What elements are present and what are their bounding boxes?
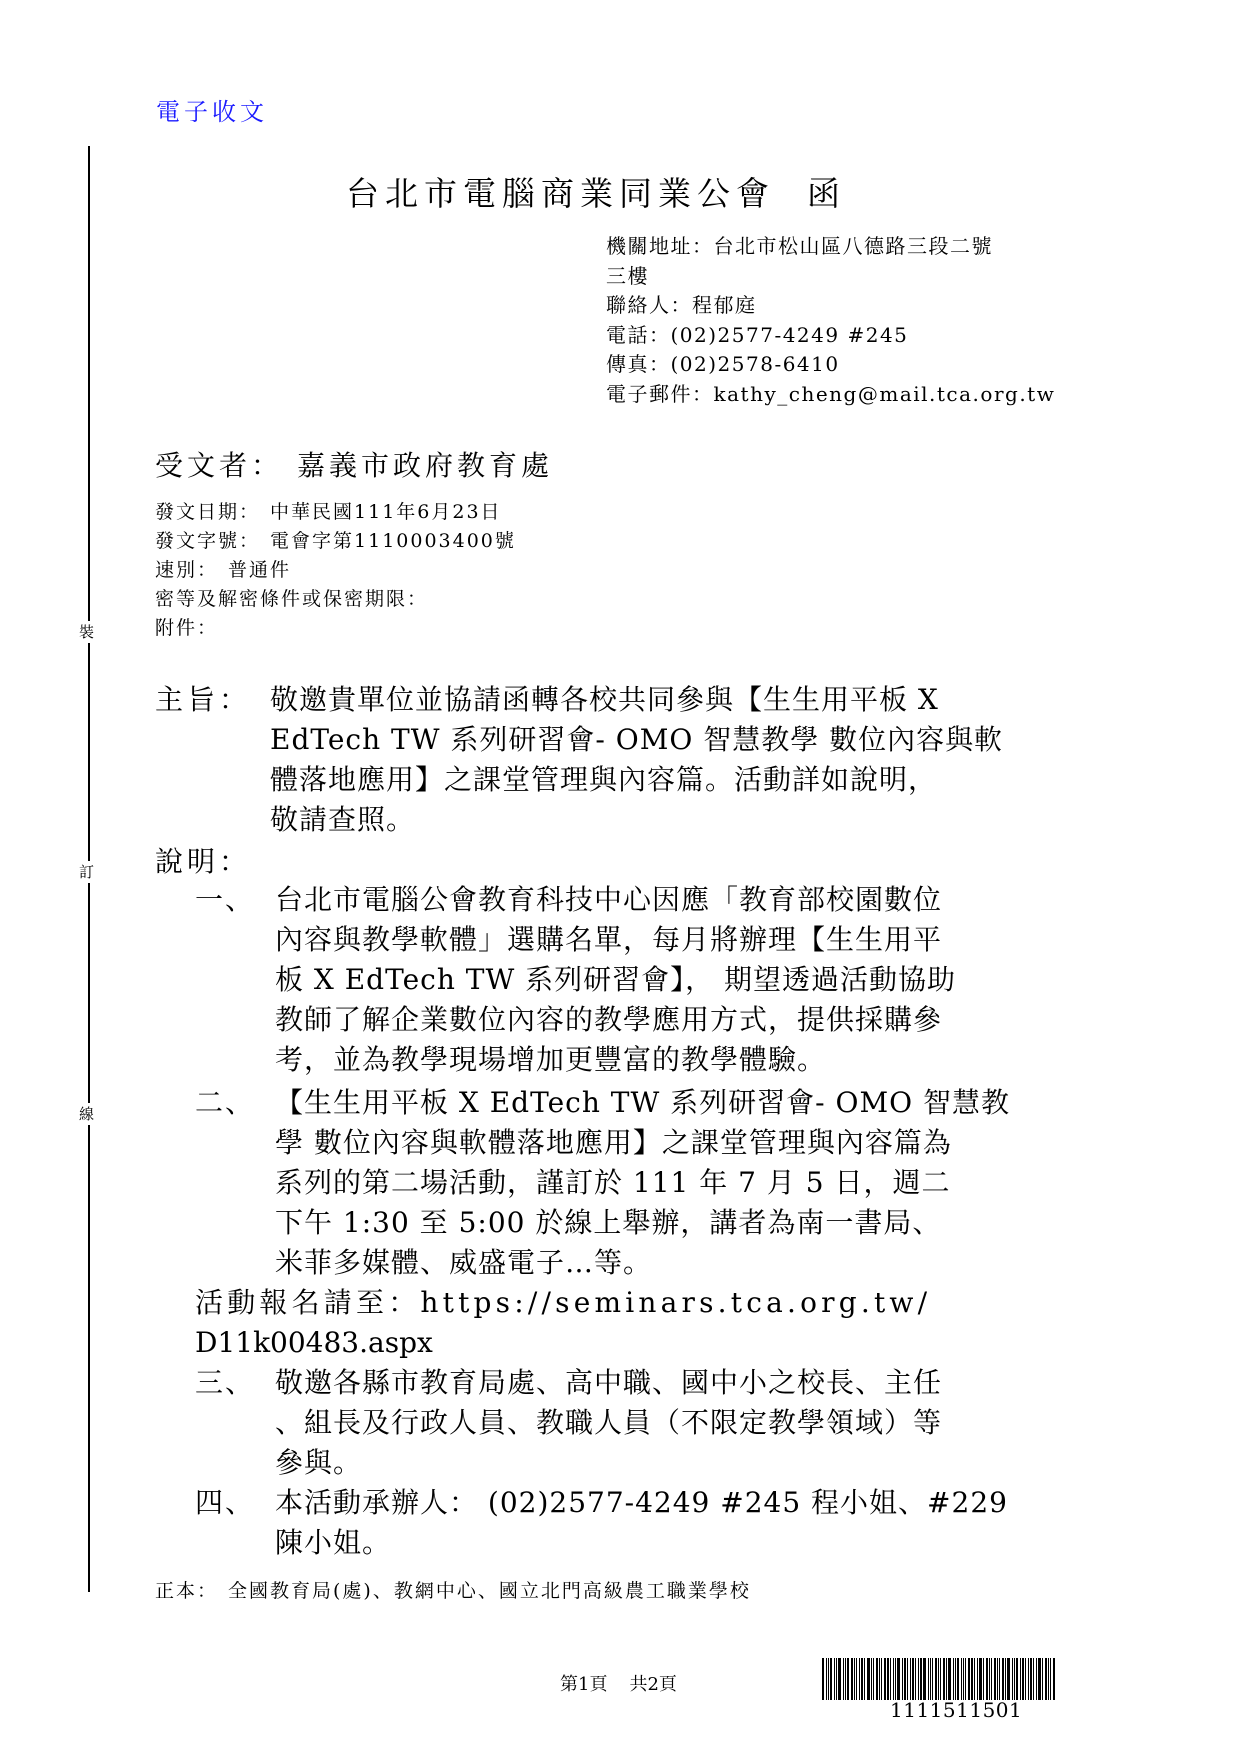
recipient-label: 受文者： — [155, 449, 283, 482]
barcode-bar — [920, 1658, 922, 1700]
barcode-bar — [948, 1658, 951, 1700]
barcode-bar — [910, 1658, 911, 1700]
subject-line: 體落地應用】之課堂管理與內容篇。活動詳如說明， — [270, 760, 1085, 800]
barcode-bar — [1050, 1658, 1051, 1700]
barcode-bar — [851, 1658, 853, 1700]
item-number: 二、 — [195, 1083, 255, 1123]
barcode-bar — [836, 1658, 837, 1700]
security-level: 密等及解密條件或保密期限： — [155, 585, 516, 614]
barcode-bar — [1016, 1658, 1018, 1700]
item-number: 四、 — [195, 1483, 255, 1523]
copies-value: 全國教育局(處)、教網中心、國立北門高級農工職業學校 — [228, 1580, 751, 1602]
current-page: 第1頁 — [560, 1674, 607, 1695]
barcode-bar — [935, 1658, 937, 1700]
barcode-bar — [946, 1658, 947, 1700]
barcode-bar — [923, 1658, 926, 1700]
barcode-bar — [977, 1658, 978, 1700]
item-line: 下午 1:30 至 5:00 於線上舉辦，講者為南一書局、 — [275, 1203, 1095, 1243]
barcode-bar — [912, 1658, 914, 1700]
item-line: 米菲多媒體、威盛電子…等。 — [275, 1243, 1095, 1283]
barcode-bar — [943, 1658, 945, 1700]
barcode-bar — [826, 1658, 827, 1700]
barcode-bar — [989, 1658, 990, 1700]
barcode-bar — [838, 1658, 841, 1700]
document-title: 台北市電腦商業同業公會函 — [346, 168, 846, 215]
item-number: 一、 — [195, 880, 255, 920]
barcode-bar — [861, 1658, 863, 1700]
item-line: 內容與教學軟體」選購名單，每月將辦理【生生用平 — [275, 920, 1095, 960]
copies-label: 正本： — [155, 1580, 218, 1602]
item-line: 板 X EdTech TW 系列研習會】， 期望透過活動協助 — [275, 960, 1095, 1000]
barcode-bar — [1048, 1658, 1049, 1700]
sender-email: 電子郵件：kathy_cheng@mail.tca.org.tw — [606, 380, 1055, 410]
page-indicator: 第1頁共2頁 — [560, 1670, 677, 1696]
item-line: 敬邀各縣市教育局處、高中職、國中小之校長、主任 — [275, 1363, 1095, 1403]
barcode-bar — [1028, 1658, 1029, 1700]
barcode-bar — [965, 1658, 966, 1700]
barcode-bar — [897, 1658, 900, 1700]
issue-date-value: 中華民國111年6月23日 — [270, 501, 502, 523]
barcode-bar — [867, 1658, 870, 1700]
copies: 正本：全國教育局(處)、教網中心、國立北門高級農工職業學校 — [155, 1576, 751, 1603]
barcode-bar — [986, 1658, 988, 1700]
barcode-bar — [864, 1658, 865, 1700]
barcode-bar — [1053, 1658, 1055, 1700]
barcode — [822, 1658, 1062, 1700]
doc-number-label: 發文字號： — [155, 530, 260, 552]
barcode-bar — [1042, 1658, 1043, 1700]
barcode-bar — [856, 1658, 857, 1700]
explanation-item-4: 四、 本活動承辦人： (02)2577-4249 #245 程小姐、#229 陳… — [195, 1483, 1095, 1563]
barcode-bar — [963, 1658, 964, 1700]
priority-value: 普通件 — [228, 559, 291, 581]
binding-mark-xian: 線 — [79, 1103, 94, 1125]
barcode-bar — [881, 1658, 882, 1700]
barcode-bar — [1022, 1658, 1024, 1700]
barcode-bar — [871, 1658, 872, 1700]
item-number: 三、 — [195, 1363, 255, 1403]
recipient: 受文者：嘉義市政府教育處 — [155, 444, 553, 484]
barcode-bar — [893, 1658, 894, 1700]
barcode-bar — [907, 1658, 908, 1700]
barcode-bar — [847, 1658, 849, 1700]
barcode-bar — [938, 1658, 939, 1700]
barcode-bar — [859, 1658, 860, 1700]
barcode-bar — [1025, 1658, 1026, 1700]
barcode-bar — [1002, 1658, 1004, 1700]
barcode-bar — [991, 1658, 992, 1700]
barcode-bar — [904, 1658, 906, 1700]
barcode-bar — [1012, 1658, 1013, 1700]
barcode-bar — [879, 1658, 880, 1700]
barcode-bar — [930, 1658, 931, 1700]
total-pages: 共2頁 — [629, 1674, 676, 1695]
barcode-bar — [845, 1658, 846, 1700]
item-line: 參與。 — [275, 1443, 1095, 1483]
explanation-item-2: 二、 【生生用平板 X EdTech TW 系列研習會- OMO 智慧教 學 數… — [195, 1083, 1095, 1283]
item-line: 【生生用平板 X EdTech TW 系列研習會- OMO 智慧教 — [275, 1083, 1095, 1123]
barcode-bar — [1038, 1658, 1041, 1700]
e-receipt-stamp: 電子收文 — [156, 92, 268, 127]
barcode-bar — [873, 1658, 874, 1700]
barcode-bar — [890, 1658, 891, 1700]
recipient-value: 嘉義市政府教育處 — [297, 449, 553, 482]
subject-content: 敬邀貴單位並協請函轉各校共同參與【生生用平板 X EdTech TW 系列研習會… — [270, 680, 1085, 840]
document-meta: 發文日期：中華民國111年6月23日 發文字號：電會字第1110003400號 … — [155, 498, 516, 643]
sender-fax: 傳真：(02)2578-6410 — [606, 350, 1055, 380]
priority-label: 速別： — [155, 559, 218, 581]
doc-number-value: 電會字第1110003400號 — [270, 530, 516, 552]
sender-info: 機關地址：台北市松山區八德路三段二號 三樓 聯絡人：程郁庭 電話：(02)257… — [606, 232, 1055, 409]
barcode-number: 1111511501 — [890, 1698, 1022, 1722]
barcode-bar — [983, 1658, 984, 1700]
registration-info: 活動報名請至：https://seminars.tca.org.tw/ D11k… — [195, 1283, 931, 1363]
item-line: 教師了解企業數位內容的教學應用方式，提供採購參 — [275, 1000, 1095, 1040]
explanation-item-1: 一、 台北市電腦公會教育科技中心因應「教育部校園數位 內容與教學軟體」選購名單，… — [195, 880, 1095, 1080]
barcode-bar — [999, 1658, 1000, 1700]
binding-mark-ding: 訂 — [79, 861, 94, 883]
subject-label: 主旨： — [155, 680, 251, 720]
sender-address-cont: 三樓 — [606, 262, 1055, 292]
barcode-bar — [955, 1658, 956, 1700]
item-line: 陳小姐。 — [275, 1523, 1095, 1563]
sender-contact: 聯絡人：程郁庭 — [606, 291, 1055, 321]
barcode-bar — [828, 1658, 829, 1700]
barcode-bar — [961, 1658, 962, 1700]
item-line: 、組長及行政人員、教職人員（不限定教學領域）等 — [275, 1403, 1095, 1443]
item-line: 系列的第二場活動，謹訂於 111 年 7 月 5 日，週二 — [275, 1163, 1095, 1203]
barcode-bar — [895, 1658, 896, 1700]
barcode-bar — [974, 1658, 975, 1700]
barcode-bar — [902, 1658, 903, 1700]
sender-phone: 電話：(02)2577-4249 #245 — [606, 321, 1055, 351]
barcode-bar — [1036, 1658, 1037, 1700]
explanation-label: 說明： — [155, 840, 251, 880]
barcode-bar — [822, 1658, 824, 1700]
item-line: 學 數位內容與軟體落地應用】之課堂管理與內容篇為 — [275, 1123, 1095, 1163]
attachment: 附件： — [155, 614, 516, 643]
priority: 速別：普通件 — [155, 556, 516, 585]
barcode-bar — [834, 1658, 835, 1700]
barcode-bar — [854, 1658, 855, 1700]
registration-link-line2[interactable]: D11k00483.aspx — [195, 1323, 931, 1363]
item-line: 考，並為教學現場增加更豐富的教學體驗。 — [275, 1040, 1095, 1080]
barcode-bar — [928, 1658, 929, 1700]
subject-line: 敬邀貴單位並協請函轉各校共同參與【生生用平板 X — [270, 680, 1085, 720]
barcode-bar — [979, 1658, 982, 1700]
barcode-bar — [1045, 1658, 1047, 1700]
barcode-bar — [1030, 1658, 1032, 1700]
barcode-bar — [971, 1658, 973, 1700]
barcode-bar — [918, 1658, 919, 1700]
barcode-bar — [1020, 1658, 1021, 1700]
registration-link-line1[interactable]: 活動報名請至：https://seminars.tca.org.tw/ — [195, 1283, 931, 1323]
doc-number: 發文字號：電會字第1110003400號 — [155, 527, 516, 556]
barcode-bar — [843, 1658, 844, 1700]
barcode-bar — [953, 1658, 954, 1700]
subject-section: 主旨： 敬邀貴單位並協請函轉各校共同參與【生生用平板 X EdTech TW 系… — [155, 680, 1100, 840]
item-line: 台北市電腦公會教育科技中心因應「教育部校園數位 — [275, 880, 1095, 920]
barcode-bar — [997, 1658, 998, 1700]
binding-mark-zhuang: 裝 — [79, 621, 94, 643]
barcode-bar — [1014, 1658, 1015, 1700]
doc-type: 函 — [807, 174, 846, 213]
subject-line: 敬請查照。 — [270, 800, 1085, 840]
subject-line: EdTech TW 系列研習會- OMO 智慧教學 數位內容與軟 — [270, 720, 1085, 760]
barcode-bar — [932, 1658, 933, 1700]
barcode-bar — [968, 1658, 970, 1700]
barcode-bar — [1033, 1658, 1034, 1700]
barcode-bar — [940, 1658, 941, 1700]
barcode-bar — [1007, 1658, 1010, 1700]
barcode-bar — [1005, 1658, 1006, 1700]
issue-date: 發文日期：中華民國111年6月23日 — [155, 498, 516, 527]
barcode-bar — [876, 1658, 878, 1700]
barcode-bar — [957, 1658, 959, 1700]
explanation-item-3: 三、 敬邀各縣市教育局處、高中職、國中小之校長、主任 、組長及行政人員、教職人員… — [195, 1363, 1095, 1483]
barcode-bar — [830, 1658, 832, 1700]
barcode-bar — [994, 1658, 996, 1700]
issue-date-label: 發文日期： — [155, 501, 260, 523]
barcode-bar — [915, 1658, 916, 1700]
barcode-bar — [887, 1658, 889, 1700]
org-name: 台北市電腦商業同業公會 — [346, 174, 775, 213]
sender-address: 機關地址：台北市松山區八德路三段二號 — [606, 232, 1055, 262]
item-line: 本活動承辦人： (02)2577-4249 #245 程小姐、#229 — [275, 1483, 1095, 1523]
barcode-bar — [884, 1658, 886, 1700]
